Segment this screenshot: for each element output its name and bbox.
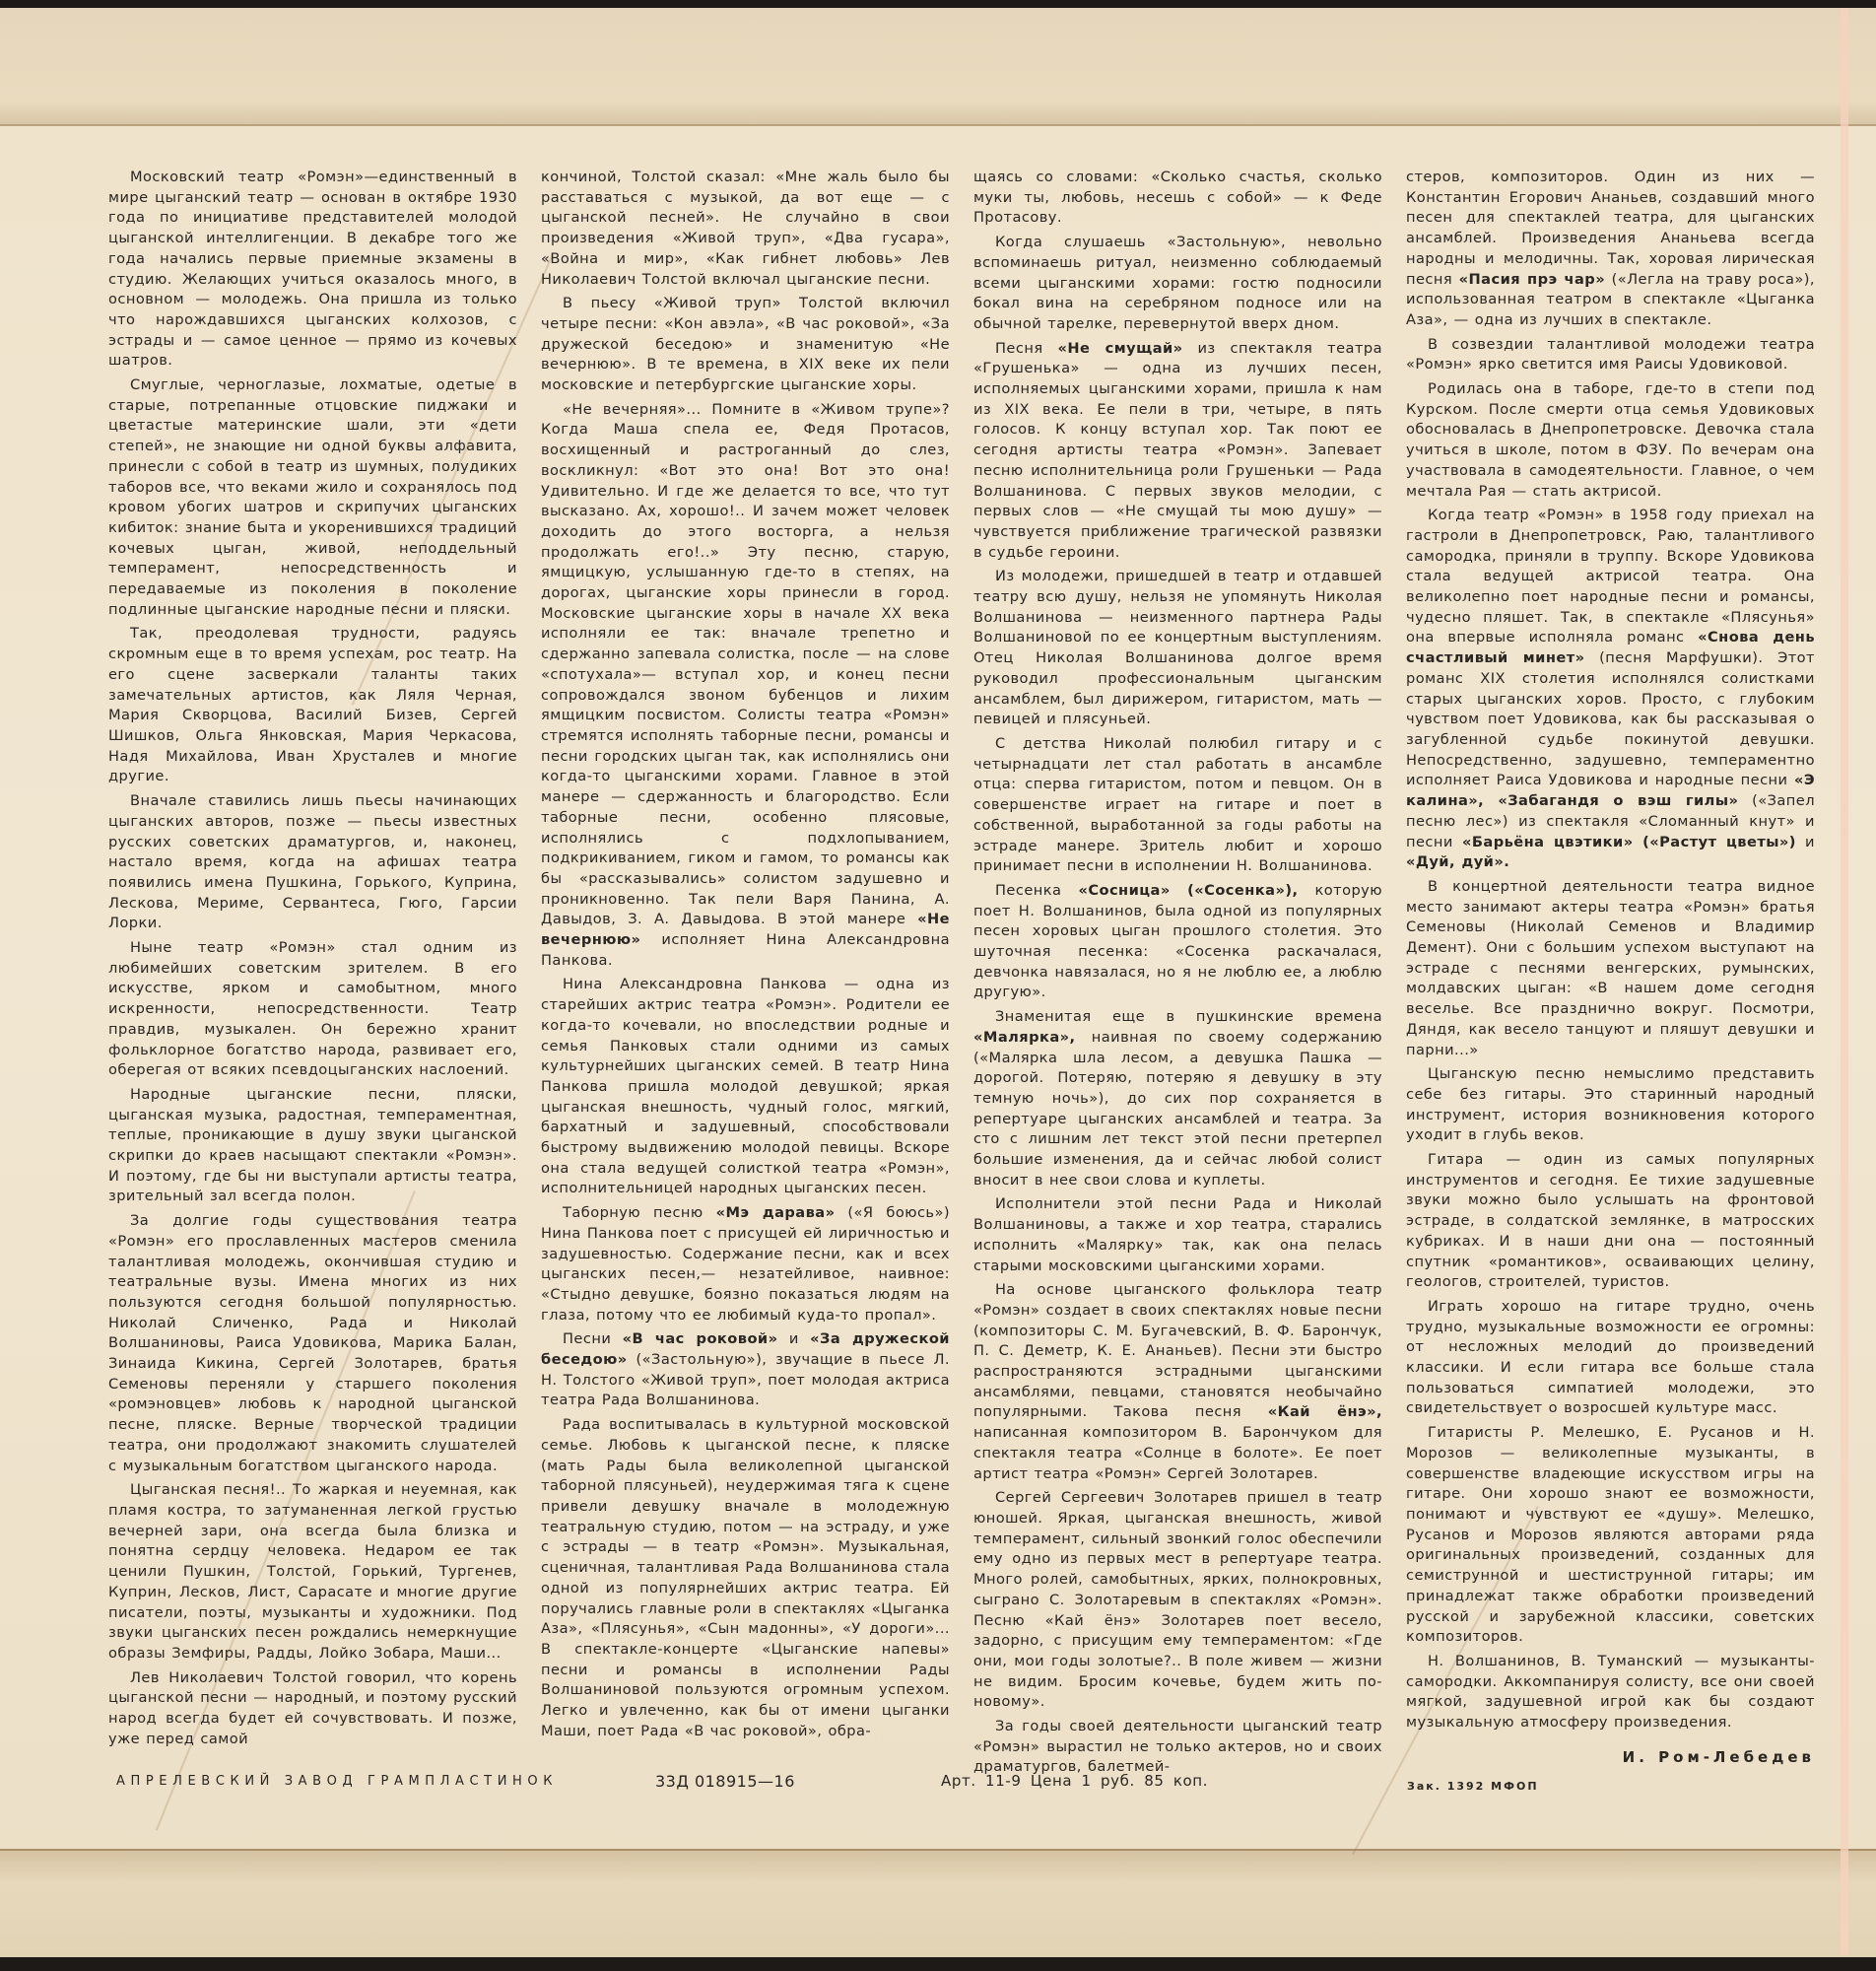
record-sleeve-page: Московский театр «Ромэн»—единственный в … — [0, 8, 1876, 1955]
song-title-bold: «Кай ёнэ», — [1268, 1403, 1382, 1420]
text-run: Н. Волшанинов, В. Туманский — музыканты-… — [1406, 1653, 1815, 1731]
text-run: За долгие годы существования театра «Ром… — [108, 1212, 517, 1473]
paragraph: кончиной, Толстой сказал: «Мне жаль было… — [541, 168, 950, 290]
song-title-bold: «Не смущай» — [1057, 340, 1182, 357]
paragraph: Народные цыганские песни, пляски, цыганс… — [108, 1085, 517, 1207]
text-run: Так, преодолевая трудности, радуясь скро… — [108, 625, 517, 784]
catalog-number: 33Д 018915—16 — [655, 1772, 795, 1791]
song-title-bold: «Дуй, дуй». — [1406, 853, 1509, 870]
text-run: Цыганская песня!.. То жаркая и неуемная,… — [108, 1481, 517, 1662]
text-run: Песни — [563, 1330, 623, 1347]
imprint-footer: АПРЕЛЕВСКИЙ ЗАВОД ГРАМПЛАСТИНОК 33Д 0189… — [0, 1774, 1876, 1803]
text-run: (песня Марфушки). Этот романс XIX столет… — [1406, 649, 1815, 788]
paragraph: Вначале ставились лишь пьесы начинающих … — [108, 791, 517, 934]
text-run: из спектакля театра «Грушенька» — одна и… — [973, 340, 1382, 561]
text-run: В созвездии талантливой молодежи театра … — [1406, 336, 1815, 374]
text-run: Рада воспитывалась в культурной московск… — [541, 1416, 950, 1739]
paragraph: Таборную песню «Мэ дарава» («Я боюсь») Н… — [541, 1203, 950, 1325]
paragraph: За годы своей деятельности цыганский теа… — [973, 1717, 1382, 1778]
paragraph: Рада воспитывалась в культурной московск… — [541, 1415, 950, 1741]
top-flap — [0, 8, 1876, 126]
song-title-bold: «Сосница» («Сосенка»), — [1078, 882, 1298, 899]
paragraph: Знаменитая еще в пушкинские времена «Мал… — [973, 1007, 1382, 1190]
song-title-bold: «Пасия прэ чар» — [1459, 271, 1605, 288]
text-run: Ныне театр «Ромэн» стал одним из любимей… — [108, 939, 517, 1078]
paragraph: Гитаристы Р. Мелешко, Е. Русанов и Н. Мо… — [1406, 1423, 1815, 1648]
paragraph: Ныне театр «Ромэн» стал одним из любимей… — [108, 938, 517, 1081]
text-run: наивная по своему содержанию («Малярка ш… — [973, 1029, 1382, 1189]
paragraph: Цыганскую песню немыслимо представить се… — [1406, 1064, 1815, 1146]
text-column-2: кончиной, Толстой сказал: «Мне жаль было… — [541, 168, 950, 1784]
text-run: Из молодежи, пришедшей в театр и отдавше… — [973, 568, 1382, 727]
text-run: Лев Николаевич Толстой говорил, что коре… — [108, 1669, 517, 1747]
paragraph: Когда слушаешь «Застольную», невольно вс… — [973, 233, 1382, 335]
text-run: Родилась она в таборе, где-то в степи по… — [1406, 380, 1815, 500]
text-run: Вначале ставились лишь пьесы начинающих … — [108, 792, 517, 931]
text-run: Исполнители этой песни Рада и Николай Во… — [973, 1195, 1382, 1273]
text-run: Таборную песню — [563, 1204, 716, 1221]
paragraph: Цыганская песня!.. То жаркая и неуемная,… — [108, 1480, 517, 1664]
paragraph: С детства Николай полюбил гитару и с чет… — [973, 734, 1382, 877]
paragraph: Нина Александровна Панкова — одна из ста… — [541, 975, 950, 1199]
paragraph: Песни «В час роковой» и «За дружеской бе… — [541, 1329, 950, 1411]
paragraph: Смуглые, черноглазые, лохматые, одетые в… — [108, 375, 517, 620]
paragraph: Исполнители этой песни Рада и Николай Во… — [973, 1194, 1382, 1276]
text-run: Песенка — [995, 882, 1078, 899]
article-and-price: Арт. 11-9 Цена 1 руб. 85 коп. — [941, 1772, 1208, 1790]
text-run: стеров, композиторов. Один из них — Конс… — [1406, 169, 1815, 288]
paragraph: «Не вечерняя»... Помните в «Живом трупе»… — [541, 400, 950, 972]
text-run: и — [1796, 834, 1815, 850]
text-run: Цыганскую песню немыслимо представить се… — [1406, 1065, 1815, 1143]
paragraph: Песня «Не смущай» из спектакля театра «Г… — [973, 339, 1382, 564]
text-run: Играть хорошо на гитаре трудно, очень тр… — [1406, 1298, 1815, 1417]
paragraph: На основе цыганского фольклора театр «Ро… — [973, 1280, 1382, 1484]
order-number: Зак. 1392 МФОП — [1407, 1780, 1539, 1793]
text-run: С детства Николай полюбил гитару и с чет… — [973, 735, 1382, 874]
paragraph: В пьесу «Живой труп» Толстой включил чет… — [541, 294, 950, 396]
text-run: Смуглые, черноглазые, лохматые, одетые в… — [108, 376, 517, 618]
paragraph: За долгие годы существования театра «Ром… — [108, 1211, 517, 1476]
publisher-name: АПРЕЛЕВСКИЙ ЗАВОД ГРАМПЛАСТИНОК — [116, 1774, 558, 1789]
paragraph: Н. Волшанинов, В. Туманский — музыканты-… — [1406, 1652, 1815, 1733]
text-run: Гитаристы Р. Мелешко, Е. Русанов и Н. Мо… — [1406, 1424, 1815, 1645]
paragraph: Московский театр «Ромэн»—единственный в … — [108, 168, 517, 372]
text-run: За годы своей деятельности цыганский теа… — [973, 1718, 1382, 1775]
text-run: Сергей Сергеевич Золотарев пришел в теат… — [973, 1489, 1382, 1710]
liner-notes-body: Московский театр «Ромэн»—единственный в … — [108, 168, 1803, 1784]
text-run: Нина Александровна Панкова — одна из ста… — [541, 976, 950, 1196]
song-title-bold: «В час роковой» — [623, 1330, 778, 1347]
text-column-4: стеров, композиторов. Один из них — Конс… — [1406, 168, 1815, 1784]
text-run: написанная композитором В. Барончуком дл… — [973, 1424, 1382, 1481]
paragraph: Лев Николаевич Толстой говорил, что коре… — [108, 1668, 517, 1750]
text-run: «Не вечерняя»... Помните в «Живом трупе»… — [541, 401, 950, 928]
paragraph: В концертной деятельности театра видное … — [1406, 877, 1815, 1060]
paragraph: Так, преодолевая трудности, радуясь скро… — [108, 624, 517, 787]
text-run: В пьесу «Живой труп» Толстой включил чет… — [541, 295, 950, 393]
text-run: Гитара — один из самых популярных инстру… — [1406, 1151, 1815, 1290]
text-run: кончиной, Толстой сказал: «Мне жаль было… — [541, 169, 950, 288]
paragraph: Играть хорошо на гитаре трудно, очень тр… — [1406, 1297, 1815, 1419]
text-column-1: Московский театр «Ромэн»—единственный в … — [108, 168, 517, 1784]
text-run: Знаменитая еще в пушкинские времена — [995, 1008, 1382, 1025]
text-run: На основе цыганского фольклора театр «Ро… — [973, 1281, 1382, 1420]
paragraph: Из молодежи, пришедшей в театр и отдавше… — [973, 567, 1382, 730]
text-run: и — [777, 1330, 810, 1347]
spine-edge — [1841, 8, 1848, 1955]
text-run: Московский театр «Ромэн»—единственный в … — [108, 169, 517, 369]
paragraph: Когда театр «Ромэн» в 1958 году приехал … — [1406, 506, 1815, 873]
text-run: Когда слушаешь «Застольную», невольно вс… — [973, 234, 1382, 332]
paragraph: щаясь со словами: «Сколько счастья, скол… — [973, 168, 1382, 229]
paragraph: В созвездии талантливой молодежи театра … — [1406, 335, 1815, 375]
paragraph: Гитара — один из самых популярных инстру… — [1406, 1150, 1815, 1293]
song-title-bold: «Малярка», — [973, 1029, 1076, 1046]
author-signature: И. Ром-Лебедев — [1406, 1747, 1815, 1768]
paragraph: Сергей Сергеевич Золотарев пришел в теат… — [973, 1488, 1382, 1713]
paragraph: стеров, композиторов. Один из них — Конс… — [1406, 168, 1815, 331]
text-run: В концертной деятельности театра видное … — [1406, 878, 1815, 1058]
text-column-3: щаясь со словами: «Сколько счастья, скол… — [973, 168, 1382, 1784]
paragraph: Родилась она в таборе, где-то в степи по… — [1406, 379, 1815, 502]
text-run: Песня — [995, 340, 1057, 357]
song-title-bold: «Барьёна цвэтики» («Растут цветы») — [1462, 834, 1796, 850]
text-run: щаясь со словами: «Сколько счастья, скол… — [973, 169, 1382, 226]
text-run: которую поет Н. Волшанинов, была одной и… — [973, 882, 1382, 1001]
text-run: Народные цыганские песни, пляски, цыганс… — [108, 1086, 517, 1205]
bottom-flap — [0, 1849, 1876, 1957]
text-run: Когда театр «Ромэн» в 1958 году приехал … — [1406, 507, 1815, 646]
song-title-bold: «Мэ дарава» — [716, 1204, 836, 1221]
text-run: («Я боюсь») Нина Панкова поет с присущей… — [541, 1204, 950, 1324]
paragraph: Песенка «Сосница» («Сосенка»), которую п… — [973, 881, 1382, 1003]
